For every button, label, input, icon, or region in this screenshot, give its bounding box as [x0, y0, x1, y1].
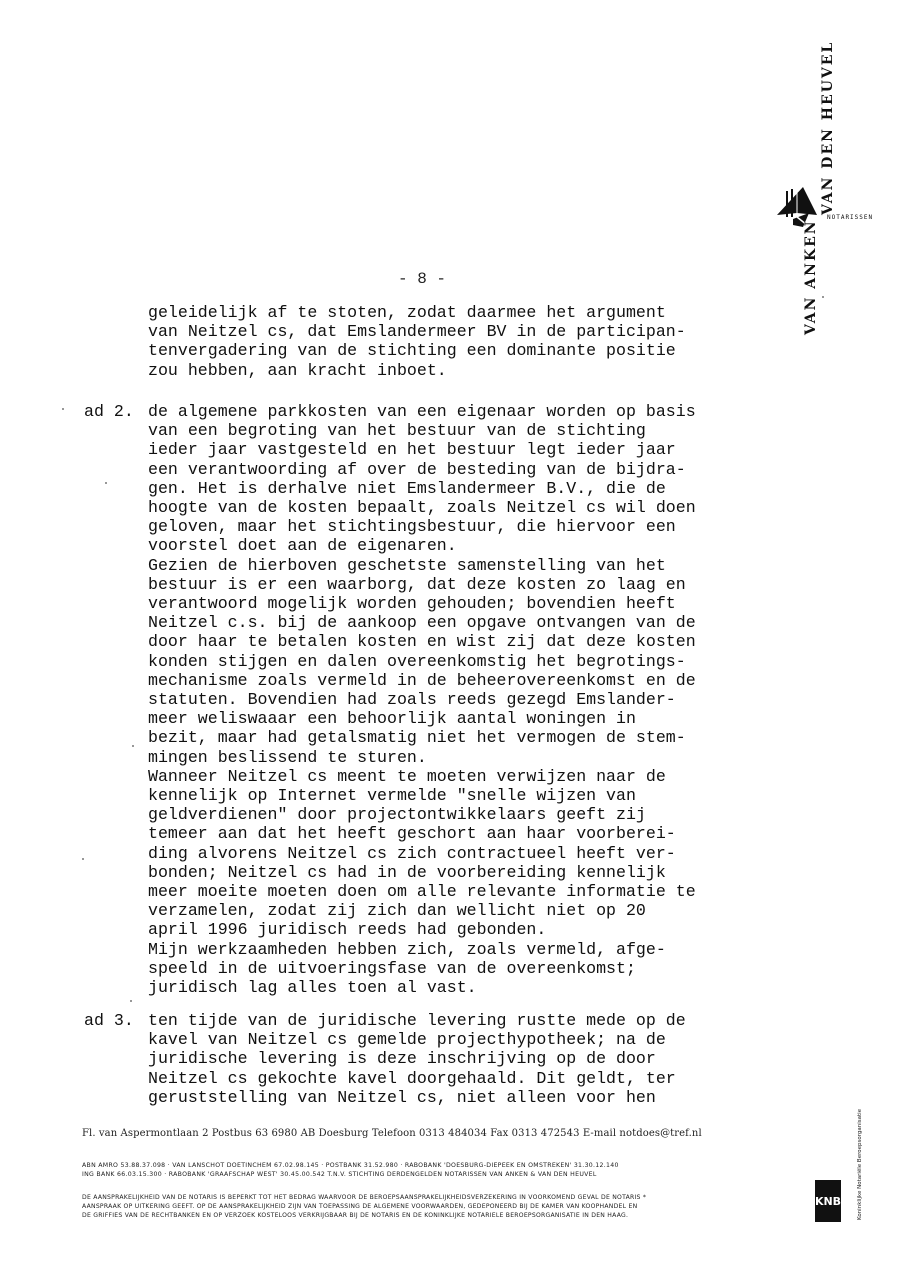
- intro-paragraph: geleidelijk af te stoten, zodat daarmee …: [148, 303, 686, 380]
- scan-speck: [82, 858, 84, 860]
- item-label-ad3: ad 3.: [84, 1011, 134, 1030]
- item-text-ad2: de algemene parkkosten van een eigenaar …: [148, 402, 696, 997]
- knb-badge-caption: Koninklijke Notariële Beroepsorganisatie: [857, 1109, 863, 1220]
- firm-name-part1: VAN ANKEN: [803, 219, 819, 335]
- footer-bank-details: ABN AMRO 53.88.37.098 · VAN LANSCHOT DOE…: [82, 1161, 619, 1179]
- knb-badge-text: KNB: [815, 1195, 841, 1208]
- scan-speck: [132, 745, 134, 747]
- footer-address: Fl. van Aspermontlaan 2 Postbus 63 6980 …: [82, 1128, 702, 1139]
- page-number: - 8 -: [398, 270, 446, 288]
- scan-speck: [105, 482, 107, 484]
- firm-name-part2: VAN DEN HEUVEL: [820, 41, 836, 215]
- scan-speck: [62, 408, 64, 410]
- footer-legal-notice: DE AANSPRAKELIJKHEID VAN DE NOTARIS IS B…: [82, 1193, 646, 1220]
- scan-speck: [130, 1000, 132, 1002]
- item-label-ad2: ad 2.: [84, 402, 134, 421]
- document-page: VAN ANKEN VAN DEN HEUVEL NOTARISSEN - 8 …: [0, 0, 900, 1278]
- knb-badge-icon: KNB: [815, 1180, 841, 1222]
- item-text-ad3: ten tijde van de juridische levering rus…: [148, 1011, 686, 1107]
- firm-subtitle: NOTARISSEN: [827, 214, 873, 221]
- scan-speck: [822, 296, 824, 298]
